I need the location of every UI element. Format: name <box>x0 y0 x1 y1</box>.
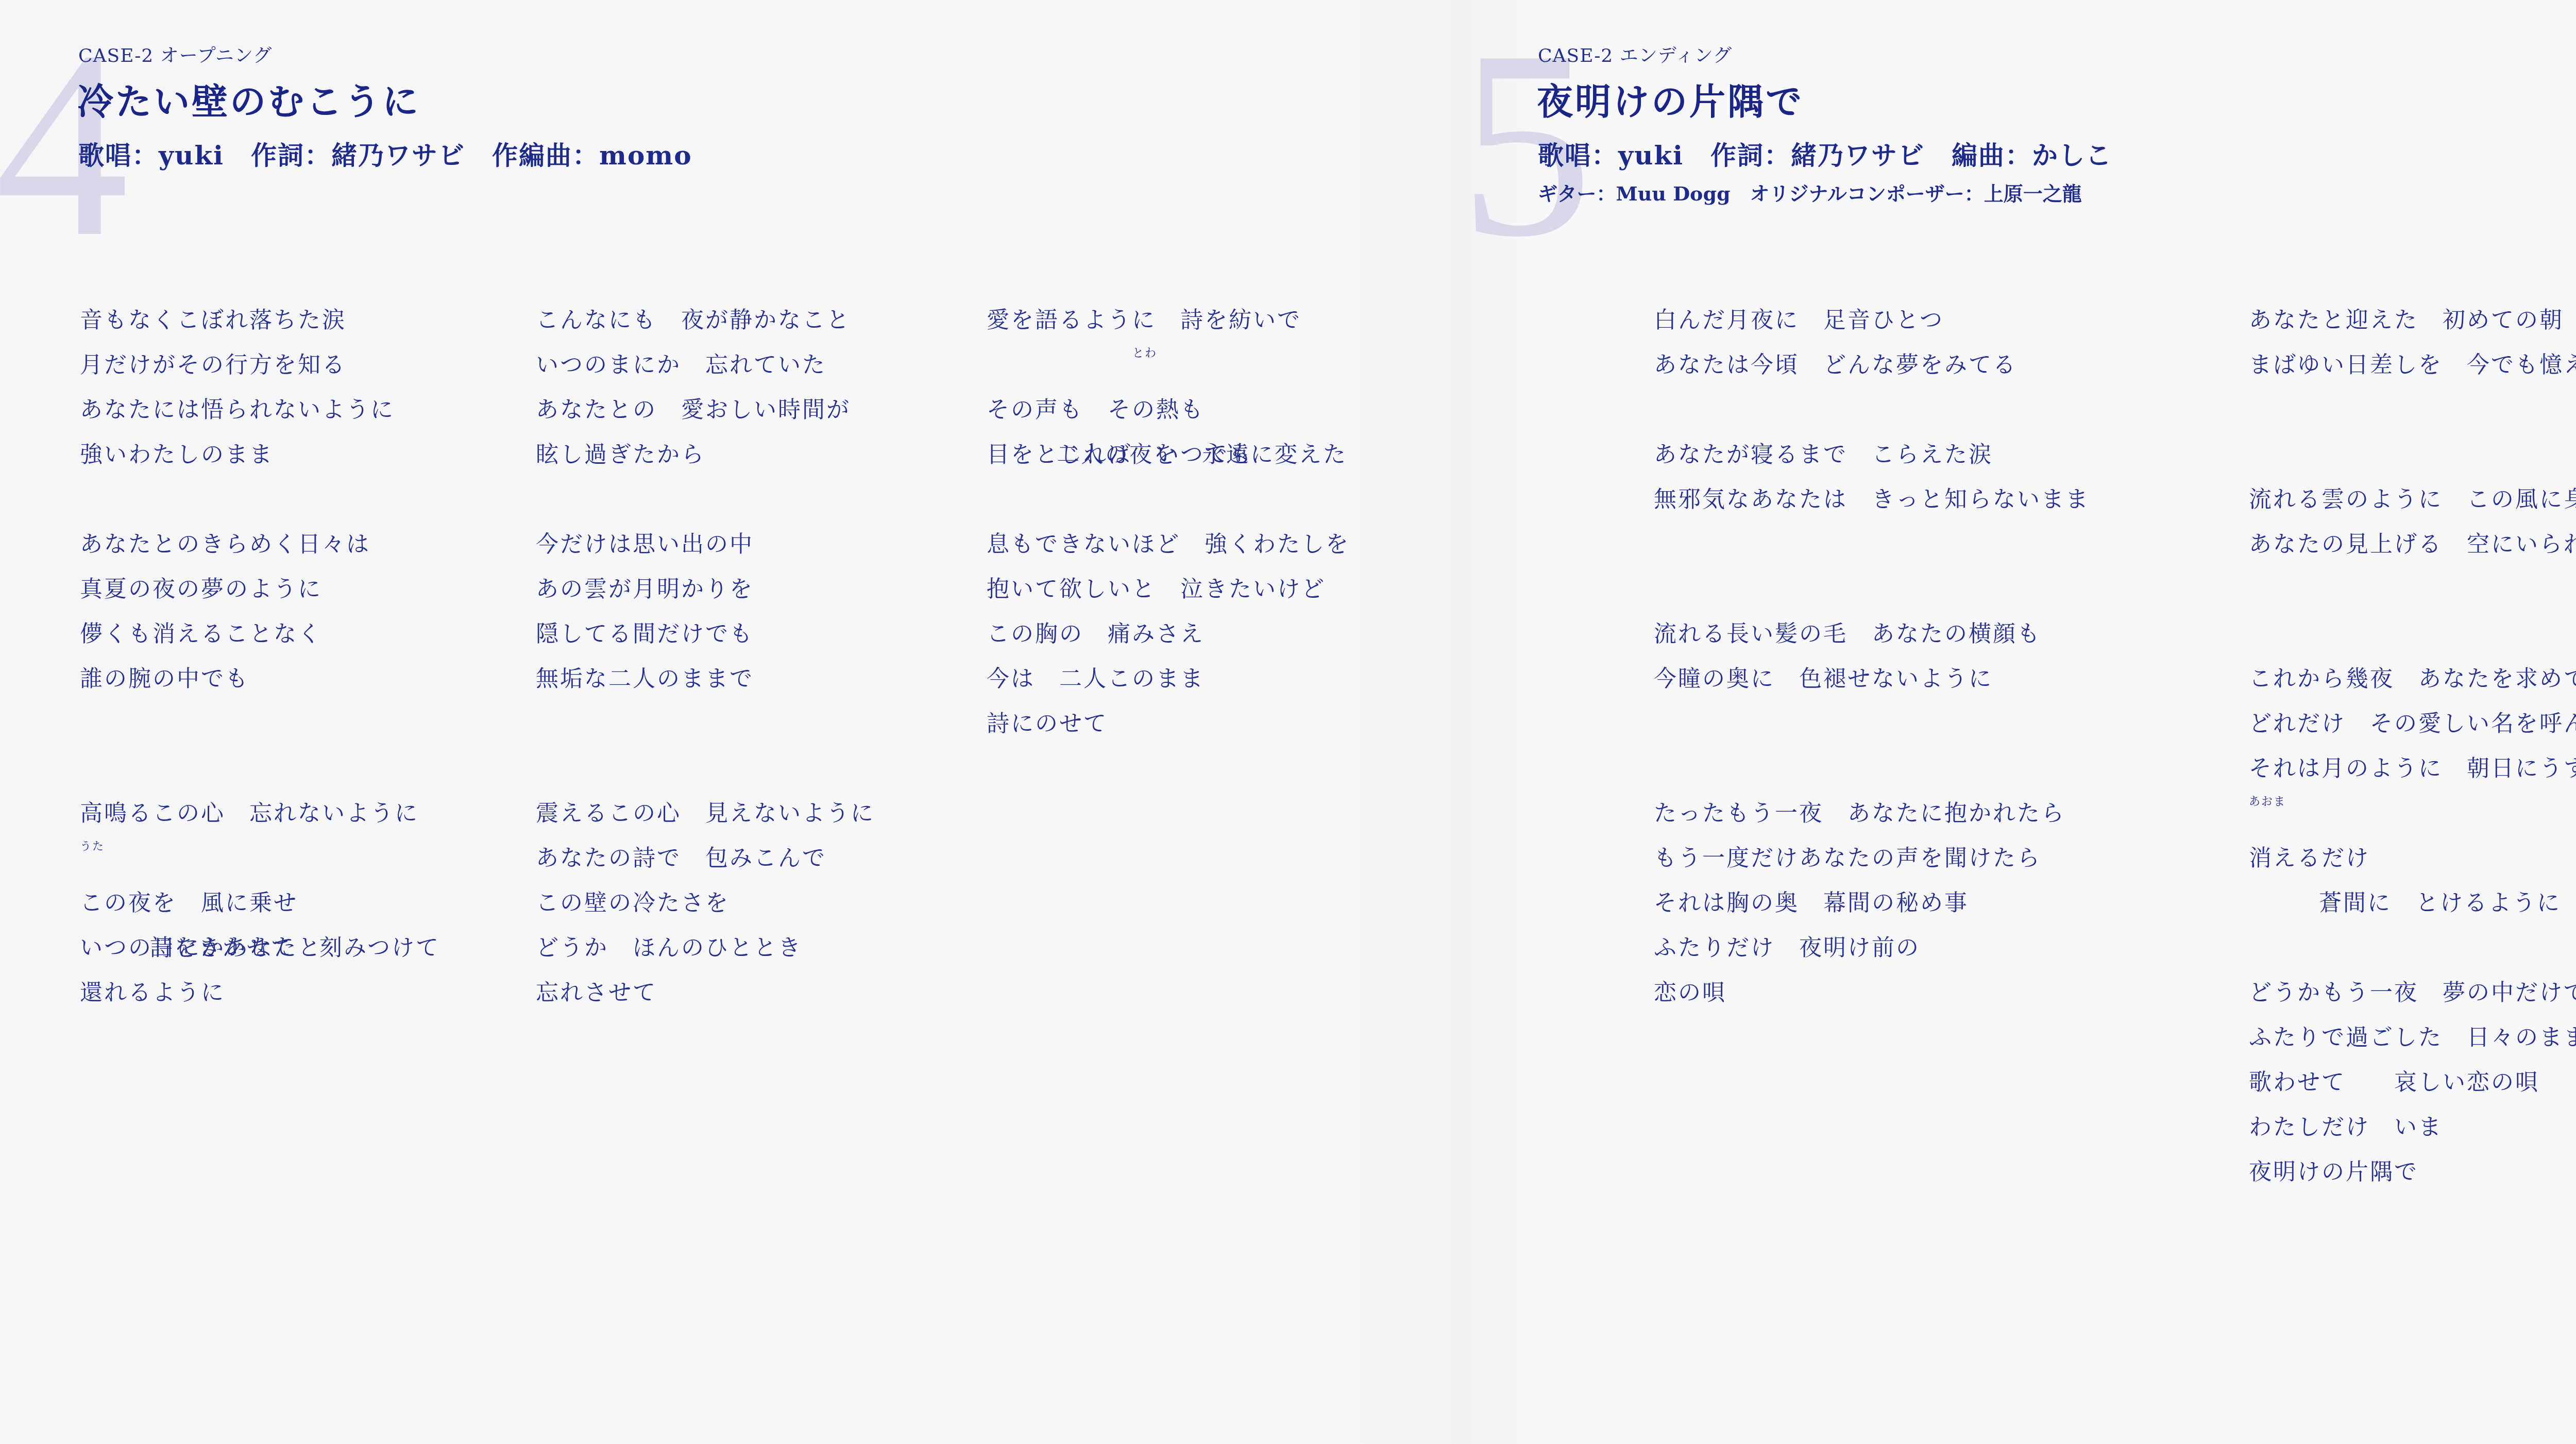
lyric-line: ふたりで過ごした 日々のまま もう少し <box>2249 1015 2576 1060</box>
lyrics-stanza: あなたが寝るまで こらえた涙 無邪気なあなたは きっと知らないまま <box>1654 432 2090 522</box>
lyrics-stanza: 高鳴るこの心 忘れないように うた 詩をきかせて 刻みつけて この夜を 風に乗せ… <box>80 791 440 1015</box>
lyric-line: 歌わせて 哀しい恋の唄 <box>2249 1060 2576 1105</box>
lyric-line: どうかもう一夜 夢の中だけでも <box>2249 970 2576 1015</box>
ruby-annotation: あおま <box>2249 796 2286 808</box>
lyric-line: いつのまにか 忘れていた <box>536 343 875 388</box>
lyric-line: 月だけがその行方を知る <box>80 343 440 388</box>
lyric-line: 今だけは思い出の中 <box>536 522 875 567</box>
lyric-line: わたしだけ いま <box>2249 1105 2576 1150</box>
lyric-line: 白んだ月夜に 足音ひとつ <box>1654 298 2090 343</box>
song-subcredits: ギター：Muu Dogg オリジナルコンポーザー：上原一之龍 <box>1538 178 2082 206</box>
lyric-line: 抱いて欲しいと 泣きたいけど <box>987 567 1350 612</box>
lyric-line-with-ruby: あおま 蒼間に とけるように <box>2249 791 2576 836</box>
lyric-line: 誰の腕の中でも <box>80 657 440 701</box>
lyric-line: 震えるこの心 見えないように <box>536 791 875 836</box>
lyric-line: あなたとのきらめく日々は <box>80 522 440 567</box>
lyrics-stanza: 愛を語るように 詩を紡いで とわ 二人の夜を 永遠に変えた その声も その熱も … <box>987 298 1350 477</box>
lyrics-stanza: 今だけは思い出の中 あの雲が月明かりを 隠してる間だけでも 無垢な二人のままで <box>536 522 875 701</box>
song-credits: 歌唱：yuki 作詞：緒乃ワサビ 編曲：かしこ <box>1538 135 2112 172</box>
lyric-line: どうか ほんのひととき <box>536 926 875 970</box>
right-page: 5 CASE-2 エンディング 夜明けの片隅で 歌唱：yuki 作詞：緒乃ワサビ… <box>1453 0 2576 1444</box>
lyrics-stanza: あなたと迎えた 初めての朝 まばゆい日差しを 今でも憶えてる <box>2249 298 2576 388</box>
lyrics-column-1: 白んだ月夜に 足音ひとつ あなたは今頃 どんな夢をみてる あなたが寝るまで こら… <box>1654 298 2090 1015</box>
lyric-line: 音もなくこぼれ落ちた涙 <box>80 298 440 343</box>
lyric-line: 流れる長い髪の毛 あなたの横顔も <box>1654 612 2090 657</box>
case-label: CASE-2 オープニング <box>78 41 272 68</box>
lyric-line: この胸の 痛みさえ <box>987 612 1350 657</box>
lyric-line: あなたとの 愛おしい時間が <box>536 388 875 432</box>
lyric-line: あの雲が月明かりを <box>536 567 875 612</box>
lyric-line: 隠してる間だけでも <box>536 612 875 657</box>
ruby-annotation: とわ <box>1132 348 1157 359</box>
lyric-line: その声も その熱も <box>987 388 1350 432</box>
lyric-line: いつの日にかあなたと <box>80 926 440 970</box>
song-credits: 歌唱：yuki 作詞：緒乃ワサビ 作編曲：momo <box>78 135 692 172</box>
lyric-line: あなたの見上げる 空にいられたら <box>2249 522 2576 567</box>
lyric-line: ふたりだけ 夜明け前の <box>1654 926 2090 970</box>
song-title: 冷たい壁のむこうに <box>77 73 420 125</box>
lyric-line: 今は 二人このまま <box>987 657 1350 701</box>
lyrics-column-2: こんなにも 夜が静かなこと いつのまにか 忘れていた あなたとの 愛おしい時間が… <box>536 298 875 1015</box>
lyric-line: たったもう一夜 あなたに抱かれたら <box>1654 791 2090 836</box>
lyrics-stanza: どうかもう一夜 夢の中だけでも ふたりで過ごした 日々のまま もう少し 歌わせて… <box>2249 970 2576 1195</box>
lyric-line: 消えるだけ <box>2249 836 2576 881</box>
lyric-line: これから幾夜 あなたを求めても <box>2249 657 2576 701</box>
lyrics-column-3: 愛を語るように 詩を紡いで とわ 二人の夜を 永遠に変えた その声も その熱も … <box>987 298 1350 746</box>
lyric-line: 無邪気なあなたは きっと知らないまま <box>1654 477 2090 522</box>
lyric-line: 詩にのせて <box>987 701 1350 746</box>
lyric-line: それは月のように 朝日にうすらいで <box>2249 746 2576 791</box>
lyric-line: 還れるように <box>80 970 440 1015</box>
lyrics-stanza: 震えるこの心 見えないように あなたの詩で 包みこんで この壁の冷たさを どうか… <box>536 791 875 1015</box>
lyrics-stanza: 音もなくこぼれ落ちた涙 月だけがその行方を知る あなたには悟られないように 強い… <box>80 298 440 477</box>
lyrics-stanza: たったもう一夜 あなたに抱かれたら もう一度だけあなたの声を聞けたら それは胸の… <box>1654 791 2090 1015</box>
lyric-line: あなたが寝るまで こらえた涙 <box>1654 432 2090 477</box>
lyric-line: 愛を語るように 詩を紡いで <box>987 298 1350 343</box>
lyric-line: 儚くも消えることなく <box>80 612 440 657</box>
lyric-line: 眩し過ぎたから <box>536 432 875 477</box>
lyric-line-with-ruby: とわ 二人の夜を 永遠に変えた <box>987 343 1350 388</box>
lyric-line: この壁の冷たさを <box>536 881 875 926</box>
song-title: 夜明けの片隅で <box>1537 73 1804 125</box>
lyric-line: それは胸の奥 幕間の秘め事 <box>1654 881 2090 926</box>
lyrics-stanza: あなたとのきらめく日々は 真夏の夜の夢のように 儚くも消えることなく 誰の腕の中… <box>80 522 440 701</box>
lyrics-column-2: あなたと迎えた 初めての朝 まばゆい日差しを 今でも憶えてる 流れる雲のように … <box>2249 298 2576 1195</box>
lyric-line: 無垢な二人のままで <box>536 657 875 701</box>
lyric-line: 恋の唄 <box>1654 970 2090 1015</box>
lyric-line: 高鳴るこの心 忘れないように <box>80 791 440 836</box>
ruby-annotation: うた <box>80 841 105 852</box>
left-page: 4 CASE-2 オープニング 冷たい壁のむこうに 歌唱：yuki 作詞：緒乃ワ… <box>0 0 1453 1444</box>
lyric-line: どれだけ その愛しい名を呼んでも <box>2249 701 2576 746</box>
lyric-line: あなたは今頃 どんな夢をみてる <box>1654 343 2090 388</box>
lyric-line-with-ruby: うた 詩をきかせて 刻みつけて <box>80 836 440 881</box>
lyric-line: あなたと迎えた 初めての朝 <box>2249 298 2576 343</box>
lyrics-stanza: これから幾夜 あなたを求めても どれだけ その愛しい名を呼んでも それは月のよう… <box>2249 657 2576 881</box>
lyrics-column-1: 音もなくこぼれ落ちた涙 月だけがその行方を知る あなたには悟られないように 強い… <box>80 298 440 1015</box>
lyric-line: 真夏の夜の夢のように <box>80 567 440 612</box>
lyric-line: こんなにも 夜が静かなこと <box>536 298 875 343</box>
lyric-line: あなたの詩で 包みこんで <box>536 836 875 881</box>
case-label: CASE-2 エンディング <box>1538 41 1732 68</box>
lyric-line: まばゆい日差しを 今でも憶えてる <box>2249 343 2576 388</box>
lyric-line: 目をとじれば いつでも <box>987 432 1350 477</box>
lyric-line: もう一度だけあなたの声を聞けたら <box>1654 836 2090 881</box>
lyrics-stanza: 流れる雲のように この風に身を委ねて あなたの見上げる 空にいられたら <box>2249 477 2576 567</box>
lyric-line: 夜明けの片隅で <box>2249 1150 2576 1195</box>
lyric-line: 流れる雲のように この風に身を委ねて <box>2249 477 2576 522</box>
lyric-line: あなたには悟られないように <box>80 388 440 432</box>
lyric-line: 今瞳の奥に 色褪せないように <box>1654 657 2090 701</box>
lyrics-stanza: 白んだ月夜に 足音ひとつ あなたは今頃 どんな夢をみてる <box>1654 298 2090 388</box>
lyric-line: 強いわたしのまま <box>80 432 440 477</box>
lyrics-stanza: 息もできないほど 強くわたしを 抱いて欲しいと 泣きたいけど この胸の 痛みさえ… <box>987 522 1350 746</box>
lyric-line: この夜を 風に乗せ <box>80 881 440 926</box>
lyrics-stanza: こんなにも 夜が静かなこと いつのまにか 忘れていた あなたとの 愛おしい時間が… <box>536 298 875 477</box>
lyric-line: 忘れさせて <box>536 970 875 1015</box>
lyrics-stanza: 流れる長い髪の毛 あなたの横顔も 今瞳の奥に 色褪せないように <box>1654 612 2090 701</box>
lyric-line: 息もできないほど 強くわたしを <box>987 522 1350 567</box>
